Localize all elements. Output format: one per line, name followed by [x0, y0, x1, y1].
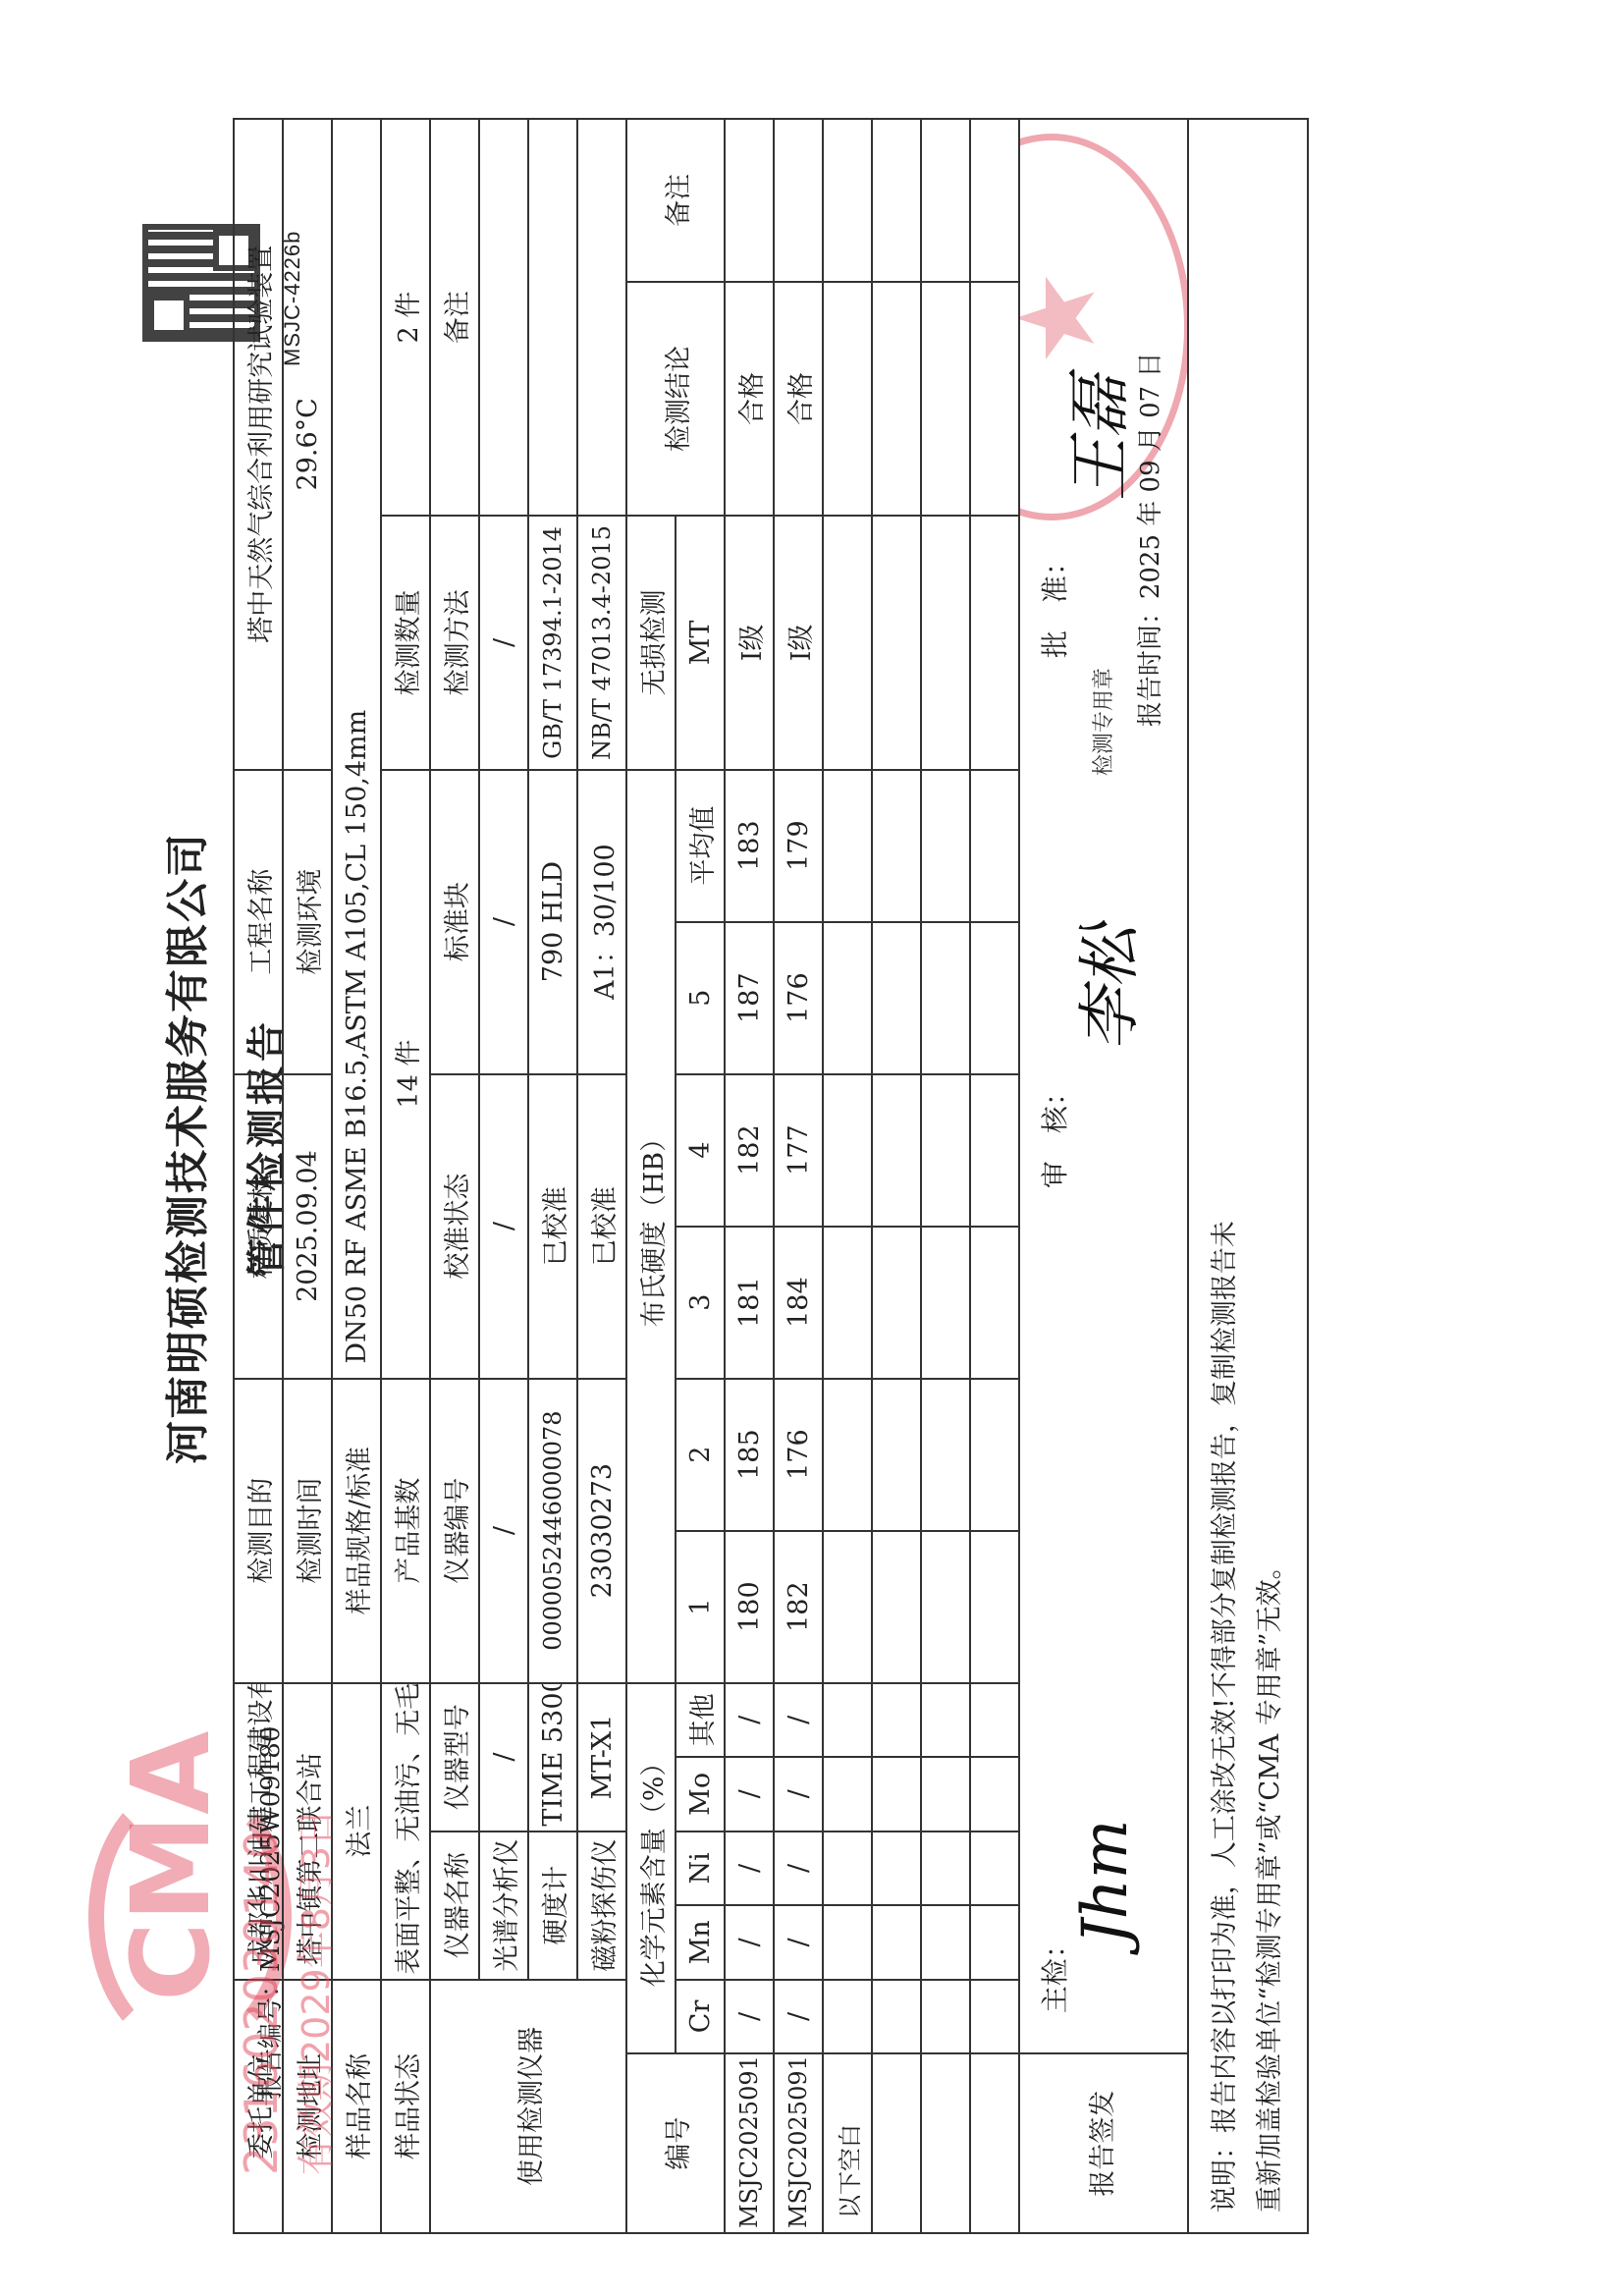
- state-label: 样品状态: [381, 1980, 430, 2233]
- instr-name: 光谱分析仪: [479, 1831, 528, 1980]
- instr-header-remark: 备注: [430, 119, 479, 516]
- cma-stamp-expiry: 有效期2029年8月3日: [286, 1809, 340, 2175]
- chem-value: /: [725, 1683, 774, 1758]
- env-value: 29.6°C: [283, 119, 332, 770]
- base-value: 14 件: [381, 770, 430, 1379]
- blank-row: 以下空白: [823, 119, 872, 2233]
- instr-model: MT-X1: [577, 1683, 626, 1831]
- instr-remark: [577, 119, 626, 516]
- hb-value: 180: [725, 1531, 774, 1683]
- report-page: 河南明硕检测技术服务有限公司 管件检测报告 MSJC-4226b CMA 报告编…: [0, 0, 1623, 2296]
- blank-note: 以下空白: [823, 2053, 872, 2233]
- chem-header: 化学元素含量（%）: [626, 1683, 676, 2054]
- time-label: 检测时间: [283, 1379, 332, 1683]
- mt-grade: I级: [725, 516, 774, 769]
- inspector-label: 主检：: [1034, 1931, 1073, 2013]
- state-value: 表面平整、无油污、无毛刺: [381, 1683, 430, 1980]
- hb-value: 184: [774, 1227, 823, 1379]
- chem-col-mn: Mn: [676, 1905, 725, 1980]
- signoff-area: 主检： Jhm 审 核： 李松 ★ 批 准： 王磊 检测专用章 报告时间：202…: [1019, 119, 1188, 2053]
- results-remark-header: 备注: [626, 119, 725, 282]
- hb-value: 181: [725, 1227, 774, 1379]
- reviewer-label: 审 核：: [1034, 1078, 1073, 1188]
- instr-calibration: 已校准: [577, 1074, 626, 1379]
- sample-id: MSJC202509180-2: [774, 2053, 823, 2233]
- approver-label: 批 准：: [1034, 548, 1073, 658]
- empty-row: [921, 119, 970, 2233]
- instr-block: 790 HLD: [528, 770, 577, 1074]
- chem-value: /: [774, 1757, 823, 1831]
- hb-value: 182: [725, 1074, 774, 1227]
- seal-label: 检测专用章: [1087, 668, 1117, 776]
- signoff-label: 报告签发: [1019, 2053, 1188, 2233]
- project-value: 塔中天然气综合利用研究试验装置: [234, 119, 283, 770]
- hb-value: 176: [774, 922, 823, 1074]
- hb-value: 182: [774, 1531, 823, 1683]
- result-remark: [725, 119, 774, 282]
- qty-value: 2 件: [381, 119, 430, 516]
- env-label: 检测环境: [283, 770, 332, 1074]
- instr-serial: /: [479, 1379, 528, 1683]
- result-remark: [774, 119, 823, 282]
- results-id-header: 编号: [626, 2053, 725, 2233]
- hb-value: 187: [725, 922, 774, 1074]
- notes: 说明：报告内容以打印为准，人工涂改无效!不得部分复制检测报告，复制检测报告未 重…: [1188, 119, 1308, 2233]
- conclusion-header: 检测结论: [626, 282, 725, 516]
- instr-remark: [528, 119, 577, 516]
- empty-row: [872, 119, 921, 2233]
- purpose-label: 检测目的: [234, 1379, 283, 1683]
- chem-col-mo: Mo: [676, 1757, 725, 1831]
- instr-remark: [479, 119, 528, 516]
- result-row: MSJC202509180-1 / / / / / 180 185 181 18…: [725, 119, 774, 2233]
- spec-value: DN50 RF ASME B16.5,ASTM A105,CL 150,4mm: [332, 119, 381, 1379]
- hb-value: 176: [774, 1379, 823, 1531]
- instr-model: /: [479, 1683, 528, 1831]
- instrument-row: 硬度计 TIME 5300 00000524460000​78 已校准 790 …: [528, 119, 577, 2233]
- instr-model: TIME 5300: [528, 1683, 577, 1831]
- purpose-value: 材质复检: [234, 1074, 283, 1379]
- instrument-row: 磁粉探伤仪 MT-X1 23030273 已校准 A1：30/100 NB/T …: [577, 119, 626, 2233]
- instr-header-block: 标准块: [430, 770, 479, 1074]
- report-date: 报告时间：2025 年 09 月 07 日: [1130, 353, 1166, 728]
- instr-name: 硬度计: [528, 1831, 577, 1980]
- instr-method: /: [479, 516, 528, 769]
- instr-header-model: 仪器型号: [430, 1683, 479, 1831]
- instr-name: 磁粉探伤仪: [577, 1831, 626, 1980]
- base-label: 产品基数: [381, 1379, 430, 1683]
- hb-average: 183: [725, 770, 774, 922]
- result-row: MSJC202509180-2 / / / / / 182 176 184 17…: [774, 119, 823, 2233]
- report-table: 委托单位 成都华川油建工程建设有限公司 检测目的 材质复检 工程名称 塔中天然气…: [233, 118, 1309, 2234]
- instr-header-name: 仪器名称: [430, 1831, 479, 1980]
- chem-value: /: [774, 1683, 823, 1758]
- instrument-row: 光谱分析仪 / / / / /: [479, 119, 528, 2233]
- conclusion: 合格: [725, 282, 774, 516]
- instr-header-method: 检测方法: [430, 516, 479, 769]
- chem-col-ni: Ni: [676, 1831, 725, 1906]
- hb-col-5: 5: [676, 922, 725, 1074]
- hb-value: 177: [774, 1074, 823, 1227]
- chem-col-other: 其他: [676, 1683, 725, 1758]
- ndt-col-mt: MT: [676, 516, 725, 769]
- instr-header-calibration: 校准状态: [430, 1074, 479, 1379]
- reviewer-signature: 李松: [1059, 925, 1150, 1051]
- instr-header-serial: 仪器编号: [430, 1379, 479, 1683]
- hb-col-2: 2: [676, 1379, 725, 1531]
- chem-value: /: [725, 1757, 774, 1831]
- hb-value: 185: [725, 1379, 774, 1531]
- instr-calibration: /: [479, 1074, 528, 1379]
- time-value: 2025.09.04: [283, 1074, 332, 1379]
- instr-calibration: 已校准: [528, 1074, 577, 1379]
- hb-header: 布氏硬度（HB）: [626, 770, 676, 1683]
- sample-id: MSJC202509180-1: [725, 2053, 774, 2233]
- inspector-signature: Jhm: [1069, 1820, 1142, 1945]
- approver-signature: 王磊: [1050, 375, 1140, 501]
- hb-col-3: 3: [676, 1227, 725, 1379]
- hb-col-avg: 平均值: [676, 770, 725, 922]
- instr-block: A1：30/100: [577, 770, 626, 1074]
- mt-grade: I级: [774, 516, 823, 769]
- instruments-section-label: 使用检测仪器: [430, 1980, 626, 2233]
- cma-stamp-number: 231602030140: [235, 1831, 288, 2175]
- hb-col-4: 4: [676, 1074, 725, 1227]
- seal-star-icon: ★: [1019, 270, 1110, 367]
- project-label: 工程名称: [234, 770, 283, 1074]
- ndt-header: 无损检测: [626, 516, 676, 769]
- notes-line-2: 重新加盖检验单位“检测专用章”或“CMA 专用章”无效。: [1248, 139, 1293, 2213]
- hb-col-1: 1: [676, 1531, 725, 1683]
- instr-serial: 23030273: [577, 1379, 626, 1683]
- chem-value: /: [725, 1905, 774, 1980]
- chem-col-cr: Cr: [676, 1980, 725, 2054]
- chem-value: /: [774, 1831, 823, 1906]
- conclusion: 合格: [774, 282, 823, 516]
- instr-block: /: [479, 770, 528, 1074]
- cma-stamp-letters: CMA: [108, 1731, 234, 2001]
- hb-average: 179: [774, 770, 823, 922]
- instr-method: NB/T 47013.4-2015: [577, 516, 626, 769]
- qty-label: 检测数量: [381, 516, 430, 769]
- notes-line-1: 说明：报告内容以打印为准，人工涂改无效!不得部分复制检测报告，复制检测报告未: [1203, 139, 1248, 2213]
- chem-value: /: [725, 1980, 774, 2054]
- chem-value: /: [774, 1905, 823, 1980]
- instr-serial: 00000524460000​78: [528, 1379, 577, 1683]
- spec-label: 样品规格/标准: [332, 1379, 381, 1683]
- chem-value: /: [725, 1831, 774, 1906]
- instr-method: GB/T 17394.1-2014: [528, 516, 577, 769]
- empty-row: [970, 119, 1019, 2233]
- chem-value: /: [774, 1980, 823, 2054]
